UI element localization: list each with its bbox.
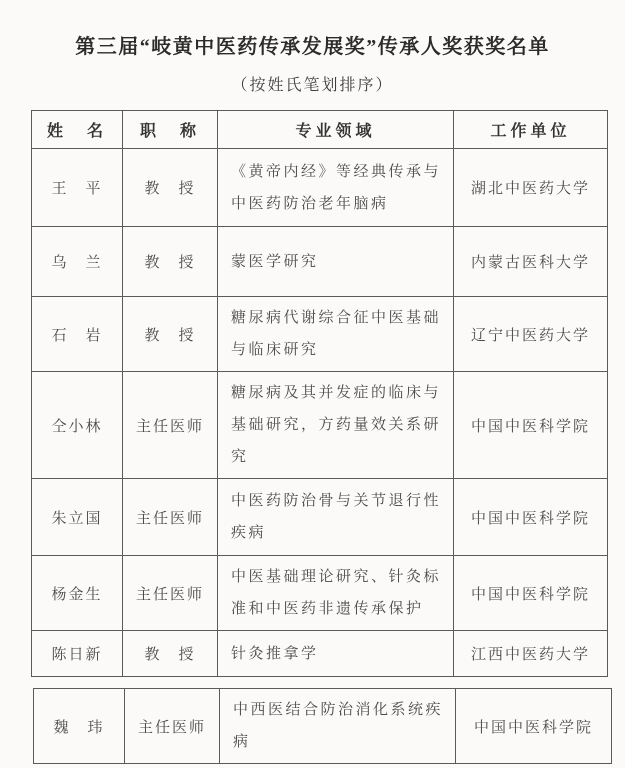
table-row: 王 平 教 授 《黄帝内经》等经典传承与中医药防治老年脑病 湖北中医药大学 [32,149,608,227]
cell-organization: 江西中医药大学 [454,631,608,677]
column-header-organization: 工作单位 [454,111,608,149]
document-title: 第三届“岐黄中医药传承发展奖”传承人奖获奖名单 [0,0,625,59]
cell-organization: 中国中医科学院 [454,372,608,479]
cell-name: 朱立国 [32,479,123,556]
table-row: 乌 兰 教 授 蒙医学研究 内蒙古医科大学 [32,227,608,297]
cell-organization: 中国中医科学院 [456,689,612,764]
table-row: 陈日新 教 授 针灸推拿学 江西中医药大学 [32,631,608,677]
cell-field: 糖尿病及其并发症的临床与基础研究，方药量效关系研究 [218,372,454,479]
cell-organization: 内蒙古医科大学 [454,227,608,297]
cell-field: 《黄帝内经》等经典传承与中医药防治老年脑病 [218,149,454,227]
table-row: 朱立国 主任医师 中医药防治骨与关节退行性疾病 中国中医科学院 [32,479,608,556]
cell-title: 主任医师 [123,372,218,479]
awards-table: 姓 名 职 称 专业领域 工作单位 王 平 教 授 《黄帝内经》等经典传承与中医… [31,110,608,677]
column-header-title: 职 称 [123,111,218,149]
cell-name: 杨金生 [32,556,123,631]
cell-field: 蒙医学研究 [218,227,454,297]
cell-field: 中医基础理论研究、针灸标准和中医药非遗传承保护 [218,556,454,631]
table-row: 石 岩 教 授 糖尿病代谢综合征中医基础与临床研究 辽宁中医药大学 [32,297,608,372]
cell-organization: 湖北中医药大学 [454,149,608,227]
cell-title: 教 授 [123,631,218,677]
table-row: 魏 玮 主任医师 中西医结合防治消化系统疾病 中国中医科学院 [34,689,612,764]
cell-title: 主任医师 [125,689,220,764]
cell-name: 乌 兰 [32,227,123,297]
cell-organization: 中国中医科学院 [454,479,608,556]
cell-title: 主任医师 [123,556,218,631]
column-header-field: 专业领域 [218,111,454,149]
cell-name: 陈日新 [32,631,123,677]
cell-title: 教 授 [123,297,218,372]
cell-name: 魏 玮 [34,689,125,764]
awards-table-detached-fragment: 魏 玮 主任医师 中西医结合防治消化系统疾病 中国中医科学院 [33,688,612,764]
cell-name: 石 岩 [32,297,123,372]
cell-name: 王 平 [32,149,123,227]
table-header-row: 姓 名 职 称 专业领域 工作单位 [32,111,608,149]
table-row: 仝小林 主任医师 糖尿病及其并发症的临床与基础研究，方药量效关系研究 中国中医科… [32,372,608,479]
table-row: 杨金生 主任医师 中医基础理论研究、针灸标准和中医药非遗传承保护 中国中医科学院 [32,556,608,631]
cell-field: 中医药防治骨与关节退行性疾病 [218,479,454,556]
cell-organization: 辽宁中医药大学 [454,297,608,372]
cell-organization: 中国中医科学院 [454,556,608,631]
cell-field: 糖尿病代谢综合征中医基础与临床研究 [218,297,454,372]
cell-title: 教 授 [123,227,218,297]
document-subtitle: （按姓氏笔划排序） [0,72,625,95]
cell-name: 仝小林 [32,372,123,479]
cell-title: 教 授 [123,149,218,227]
scanned-document-page: 第三届“岐黄中医药传承发展奖”传承人奖获奖名单 （按姓氏笔划排序） 姓 名 职 … [0,0,625,768]
cell-title: 主任医师 [123,479,218,556]
cell-field: 中西医结合防治消化系统疾病 [220,689,456,764]
cell-field: 针灸推拿学 [218,631,454,677]
column-header-name: 姓 名 [32,111,123,149]
